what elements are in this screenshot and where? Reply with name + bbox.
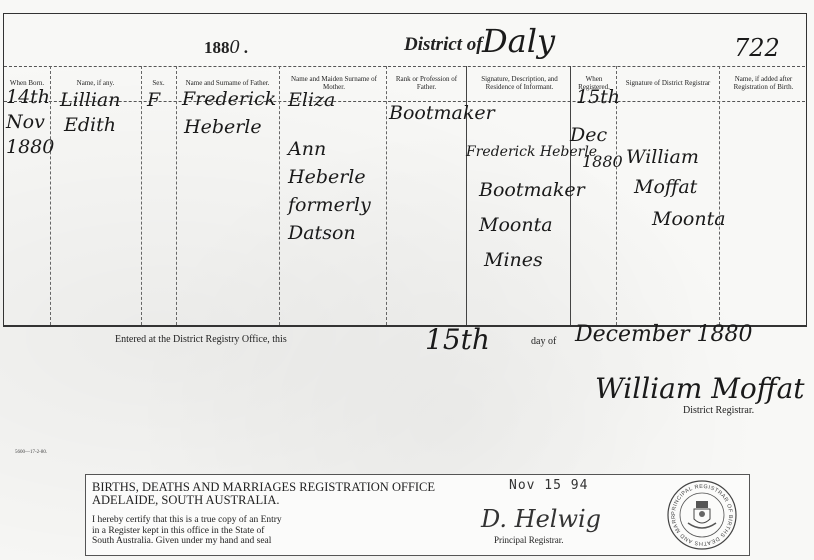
mother-first-name: Eliza (288, 89, 335, 111)
registrar-location: Moonta (652, 208, 726, 230)
statement-line: South Australia. Given under my hand and… (92, 536, 282, 547)
statement-line: in a Register kept in this office in the… (92, 526, 282, 537)
district-registrar-title: District Registrar. (683, 405, 754, 416)
mother-middle-name: Ann (288, 138, 326, 160)
entry-number: 722 (734, 34, 780, 62)
registered-year: 1880 (582, 152, 623, 171)
entered-month-year: December 1880 (575, 322, 752, 347)
column-divider (719, 66, 720, 325)
registrar-seal-icon: PRINCIPAL REGISTRAR OF BIRTHS DEATHS AND… (666, 479, 738, 551)
when-born-month: Nov (6, 111, 45, 133)
form-code: 5600—17-2-80. (15, 450, 47, 455)
column-divider (176, 66, 177, 325)
informant-description: Bootmaker (479, 179, 585, 201)
informant-residence-2: Mines (484, 249, 543, 271)
when-born-day: 14th (6, 86, 50, 108)
mother-maiden-name: Datson (288, 222, 356, 244)
father-surname: Heberle (184, 116, 262, 138)
column-divider (141, 66, 142, 325)
register-table: 1880 . District of Daly 722 When Born. N… (3, 13, 807, 327)
column-header-informant: Signature, Description, and Residence of… (472, 66, 567, 100)
father-rank: Bootmaker (389, 102, 495, 124)
register-year: 1880 . (204, 36, 248, 59)
date-stamp: Nov 15 94 (509, 478, 588, 493)
column-header-registrar-signature: Signature of District Registrar (618, 66, 718, 100)
statement-line: I hereby certify that this is a true cop… (92, 515, 282, 526)
registrar-first-name: William (626, 146, 699, 168)
birth-register-page: 1880 . District of Daly 722 When Born. N… (0, 0, 814, 560)
year-printed: 188 (204, 38, 230, 57)
when-born-year: 1880 (6, 136, 54, 158)
informant-residence: Moonta (479, 214, 553, 236)
column-divider (386, 66, 387, 325)
principal-registrar-title: Principal Registrar. (494, 535, 564, 545)
district-registrar-signature: William Moffat (595, 372, 805, 405)
certificate-office-title: BIRTHS, DEATHS AND MARRIAGES REGISTRATIO… (92, 481, 435, 507)
informant-signature: Frederick Heberle (466, 144, 597, 160)
mother-formerly: formerly (288, 194, 371, 216)
office-location: ADELAIDE, SOUTH AUSTRALIA. (92, 494, 435, 507)
entered-day: 15th (425, 323, 490, 356)
column-header-father-rank: Rank or Profession of Father. (394, 66, 459, 100)
child-first-name: Lillian (60, 89, 121, 111)
day-of-label: day of (531, 336, 556, 347)
column-divider (50, 66, 51, 325)
column-header-name-added: Name, if added after Registration of Bir… (726, 66, 801, 100)
column-divider (279, 66, 280, 325)
entered-label: Entered at the District Registry Office,… (115, 334, 287, 345)
district-label: District of (404, 34, 483, 56)
year-period: . (244, 38, 248, 57)
year-handwritten-digit: 0 (230, 36, 240, 58)
certification-box: BIRTHS, DEATHS AND MARRIAGES REGISTRATIO… (85, 474, 750, 556)
mother-married-surname: Heberle (288, 166, 366, 188)
registered-month: Dec (570, 124, 607, 146)
district-name: Daly (482, 22, 555, 60)
principal-registrar-signature: D. Helwig (481, 505, 601, 533)
father-first-name: Frederick (182, 88, 276, 110)
child-middle-name: Edith (64, 114, 116, 136)
certification-statement: I hereby certify that this is a true cop… (92, 515, 282, 547)
child-sex: F (147, 89, 160, 111)
registered-day: 15th (576, 86, 620, 108)
registrar-surname: Moffat (634, 176, 697, 198)
